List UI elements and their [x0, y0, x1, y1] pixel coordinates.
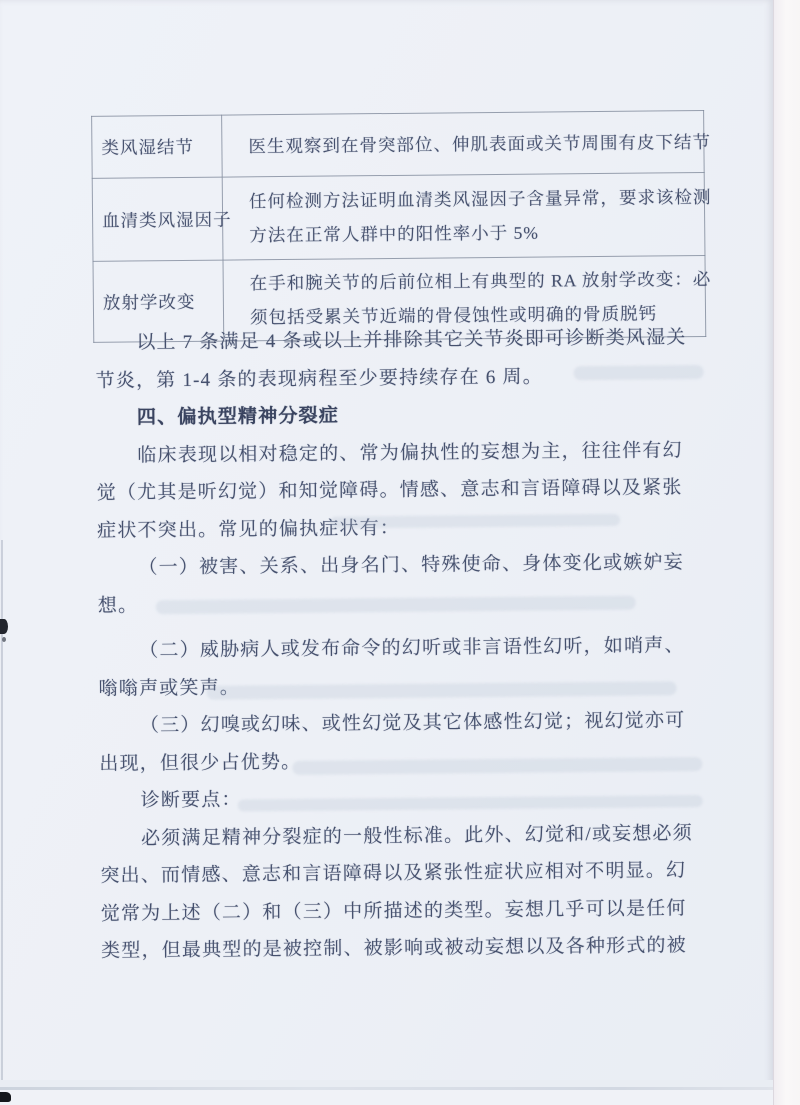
paper-bottom-edge — [0, 1090, 773, 1105]
text-line: 必须满足精神分裂症的一般性标准。此外、幻觉和/或妄想必须 — [100, 814, 720, 857]
corner-ink-mark — [0, 1092, 11, 1102]
definition-line: 医生观察到在骨突部位、伸肌表面或关节周围有皮下结节 — [248, 125, 697, 163]
scanner-background-strip — [773, 0, 800, 1105]
diagnosis-body-paragraph: 必须满足精神分裂症的一般性标准。此外、幻觉和/或妄想必须 突出、而情感、意志和言… — [100, 814, 721, 970]
summary-paragraph: 以上 7 条满足 4 条或以上并排除其它关节炎即可诊断类风湿关 节炎，第 1-4… — [95, 319, 716, 400]
text-line: （三）幻嗅或幻味、或性幻觉及其它体感性幻觉；视幻觉亦可 — [99, 702, 719, 745]
criterion-definition: 任何检测方法证明血清类风湿因子含量异常，要求该检测 方法在正常人群中的阳性率小于… — [222, 172, 705, 260]
page-content: 类风湿结节 医生观察到在骨突部位、伸肌表面或关节周围有皮下结节 血清类风湿因子 … — [0, 0, 773, 1105]
text-line: （一）被害、关系、出身名门、特殊使命、身体变化或嫉妒妄 — [97, 544, 717, 587]
scanned-document-page: 类风湿结节 医生观察到在骨突部位、伸肌表面或关节周围有皮下结节 血清类风湿因子 … — [0, 0, 800, 1105]
ink-bleed-mark — [574, 365, 704, 380]
table-row: 血清类风湿因子 任何检测方法证明血清类风湿因子含量异常，要求该检测 方法在正常人… — [92, 172, 705, 261]
criterion-definition: 医生观察到在骨突部位、伸肌表面或关节周围有皮下结节 — [222, 110, 705, 177]
ink-blot — [0, 619, 8, 634]
text-line: 症状不突出。常见的偏执症状有： — [97, 506, 717, 549]
text-line: 临床表现以相对稳定的、常为偏执性的妄想为主，往往伴有幻 — [96, 431, 716, 474]
text-line: 以上 7 条满足 4 条或以上并排除其它关节炎即可诊断类风湿关 — [95, 319, 715, 362]
text-line: 觉常为上述（二）和（三）中所描述的类型。妄想几乎可以是任何 — [101, 889, 721, 932]
text-line: 类型，但最典型的是被控制、被影响或被动妄想以及各种形式的被 — [101, 927, 721, 970]
paper-crease — [0, 1080, 773, 1087]
table-row: 类风湿结节 医生观察到在骨突部位、伸肌表面或关节周围有皮下结节 — [92, 110, 705, 178]
definition-line: 在手和腕关节的后前位相上有典型的 RA 放射学改变：必 — [250, 262, 699, 300]
body-text: 以上 7 条满足 4 条或以上并排除其它关节炎即可诊断类风湿关 节炎，第 1-4… — [95, 319, 721, 970]
criterion-term: 类风湿结节 — [92, 115, 223, 178]
criterion-term: 血清类风湿因子 — [92, 177, 223, 261]
section-heading: 四、偏执型精神分裂症 — [96, 394, 716, 437]
definition-line: 方法在正常人群中的阳性率小于 5% — [249, 214, 698, 252]
paper-sheet: 类风湿结节 医生观察到在骨突部位、伸肌表面或关节周围有皮下结节 血清类风湿因子 … — [0, 0, 773, 1105]
text-line: 突出、而情感、意志和言语障碍以及紧张性症状应相对不明显。幻 — [100, 852, 720, 895]
definition-line: 任何检测方法证明血清类风湿因子含量异常，要求该检测 — [249, 180, 698, 218]
ink-dot — [2, 637, 6, 642]
criteria-table: 类风湿结节 医生观察到在骨突部位、伸肌表面或关节周围有皮下结节 血清类风湿因子 … — [91, 110, 706, 343]
clinical-paragraph: 临床表现以相对稳定的、常为偏执性的妄想为主，往往伴有幻 觉（尤其是听幻觉）和知觉… — [96, 431, 717, 549]
paper-crease-line — [0, 1087, 773, 1090]
text-line: （二）威胁病人或发布命令的幻听或非言语性幻听，如哨声、 — [98, 627, 718, 670]
text-line: 觉（尤其是听幻觉）和知觉障碍。情感、意志和言语障碍以及紧张 — [97, 469, 717, 512]
